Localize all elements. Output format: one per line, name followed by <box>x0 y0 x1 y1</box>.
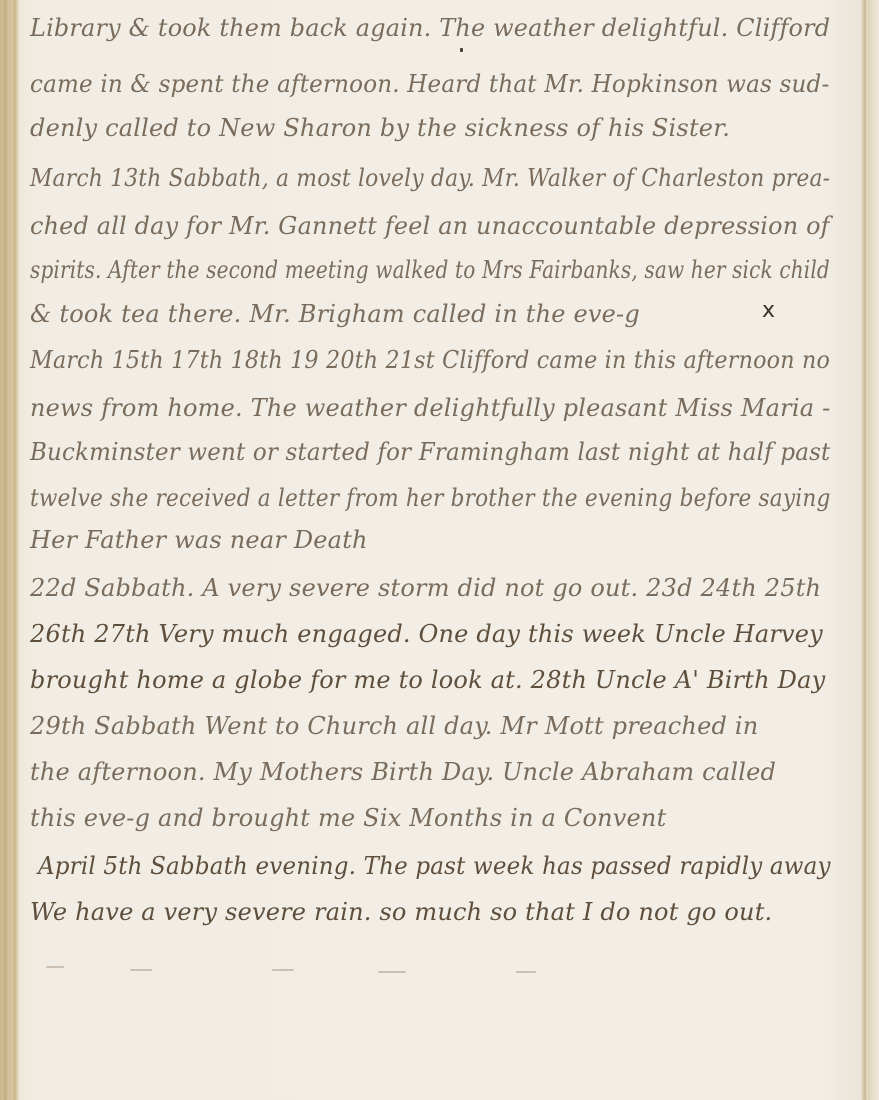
diary-page: Library & took them back again. The weat… <box>0 0 879 1100</box>
ink-speck <box>460 48 463 52</box>
pencil-dash <box>516 971 536 973</box>
text-line-5: ched all day for Mr. Gannett feel an una… <box>30 212 830 240</box>
text-line-12: Her Father was near Death <box>30 526 368 554</box>
text-line-8: March 15th 17th 18th 19 20th 21st Cliffo… <box>30 346 830 374</box>
text-line-15: brought home a globe for me to look at. … <box>30 666 825 694</box>
text-line-10: Buckminster went or started for Framingh… <box>30 438 830 466</box>
text-line-4: March 13th Sabbath, a most lovely day. M… <box>30 164 830 192</box>
text-line-16: 29th Sabbath Went to Church all day. Mr … <box>30 712 758 740</box>
text-line-1: Library & took them back again. The weat… <box>30 14 830 42</box>
pencil-dash <box>378 971 406 973</box>
text-line-7: & took tea there. Mr. Brigham called in … <box>30 300 640 328</box>
text-line-19: April 5th Sabbath evening. The past week… <box>38 852 831 880</box>
text-line-11: twelve she received a letter from her br… <box>30 484 830 512</box>
pencil-dash <box>272 969 294 971</box>
text-line-17: the afternoon. My Mothers Birth Day. Unc… <box>30 758 776 786</box>
text-line-2: came in & spent the afternoon. Heard tha… <box>30 70 829 98</box>
text-line-14: 26th 27th Very much engaged. One day thi… <box>30 620 823 648</box>
text-line-13: 22d Sabbath. A very severe storm did not… <box>30 574 821 602</box>
text-line-18: this eve-g and brought me Six Months in … <box>30 804 666 832</box>
margin-x-mark: x <box>762 298 775 323</box>
pencil-dash <box>46 966 64 968</box>
page-edge <box>862 0 868 1100</box>
text-line-20: We have a very severe rain. so much so t… <box>30 898 772 926</box>
pencil-dash <box>130 969 152 971</box>
text-line-9: news from home. The weather delightfully… <box>30 394 830 422</box>
text-line-3: denly called to New Sharon by the sickne… <box>30 114 730 142</box>
page-binding <box>0 0 18 1100</box>
text-line-6: spirits. After the second meeting walked… <box>30 256 830 284</box>
